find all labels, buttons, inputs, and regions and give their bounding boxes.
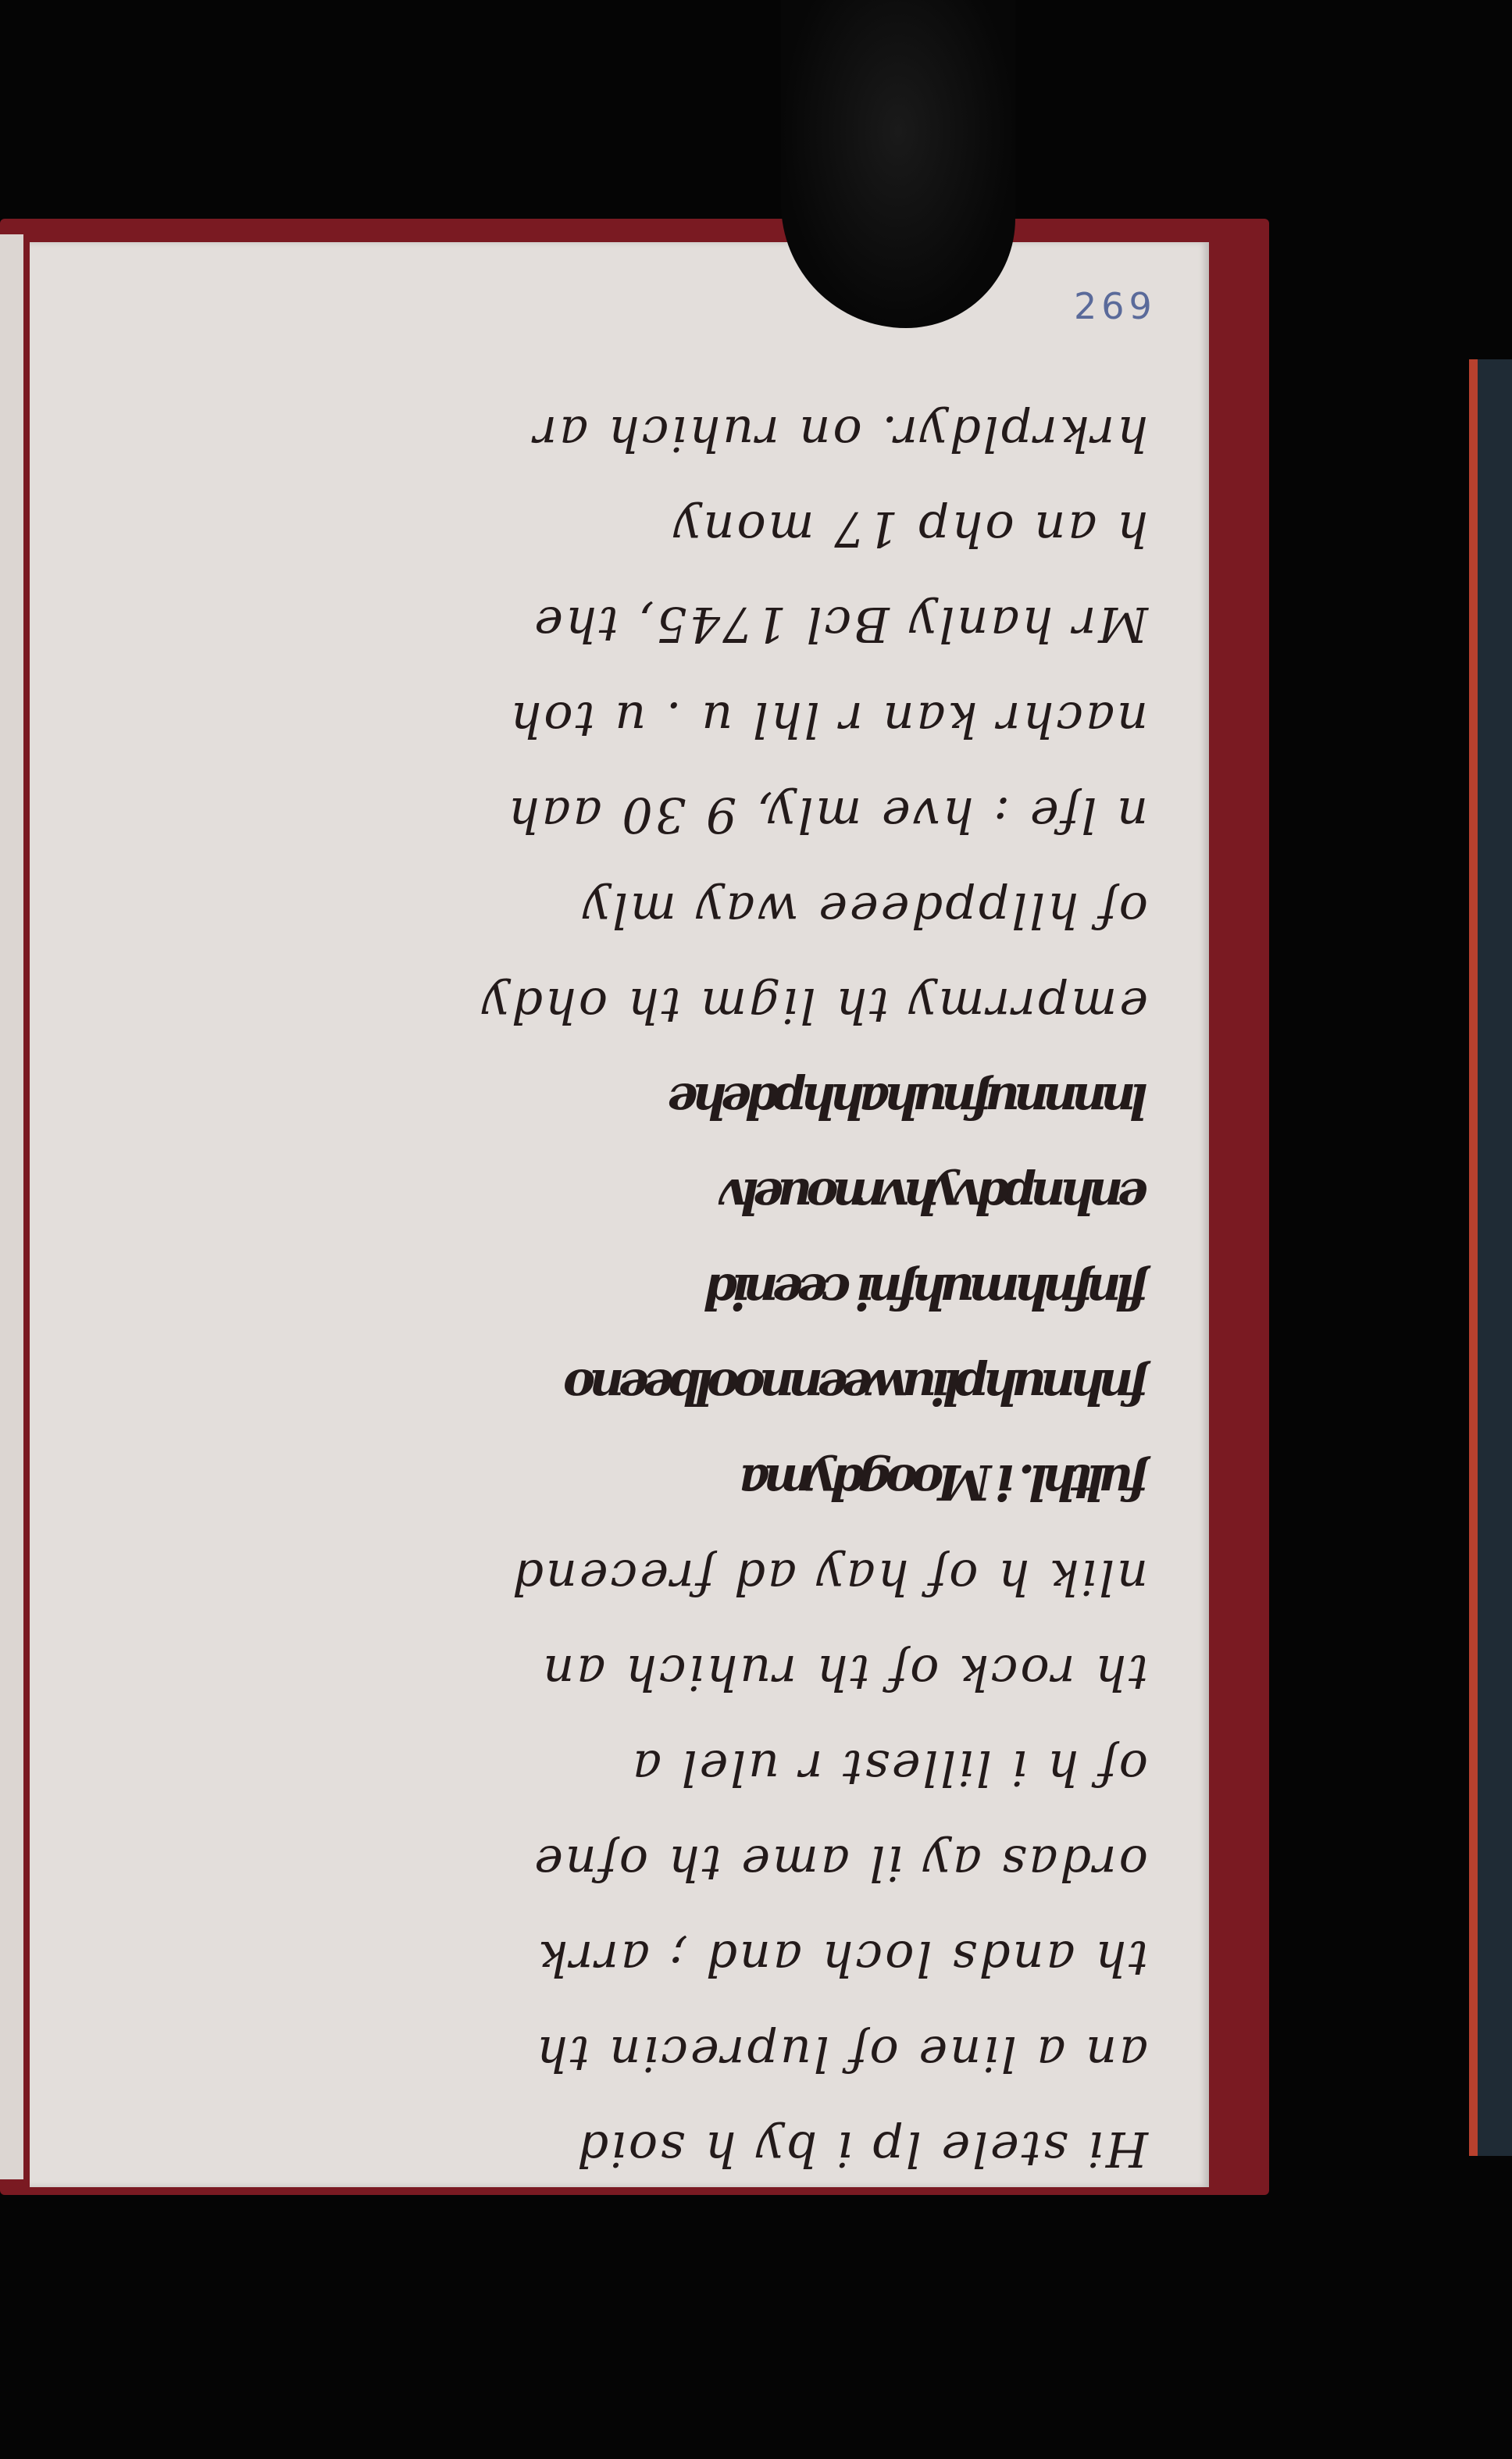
text-line: fulthl. i Moogdyma: [109, 1415, 1148, 1511]
text-line: flnfnhmuhfni ceenid: [109, 1225, 1148, 1320]
text-line: th rock of th ruhich an: [109, 1606, 1148, 1701]
handwritten-text: Hi stele lp i by h soid an a line of lup…: [109, 367, 1148, 2178]
text-line: Hi stele lp i by h soid: [109, 2082, 1148, 2178]
text-line: emprrmy th ligm th ohdy: [109, 939, 1148, 1034]
text-line: nlik h of hay ad frecend: [109, 1511, 1148, 1606]
text-line: th ands loch and ; arrk: [109, 1892, 1148, 1987]
text-line: lnnnnufnuhahhpdehe: [109, 1034, 1148, 1130]
text-line: an a line of luprecin th: [109, 1987, 1148, 2082]
text-line: of hllppdeee way mly: [109, 844, 1148, 939]
text-line: n lfe : hve mly, 9 30 aah: [109, 748, 1148, 844]
text-line: of h i lillest r ulel a: [109, 1701, 1148, 1797]
facing-page-edge: [0, 234, 23, 2179]
text-line: enhnpdvyhvrnouelv: [109, 1130, 1148, 1225]
text-line: nachr kan r lhl u . u toh: [109, 653, 1148, 748]
gloved-hand: [781, 0, 1015, 328]
text-line: Mr hanly Bcl 1745, the: [109, 558, 1148, 653]
text-line: fnhnuhpliuweennoolbeeno: [109, 1320, 1148, 1415]
text-line: h an ohp 17 mony: [109, 462, 1148, 558]
book-edge: [1469, 359, 1512, 2156]
text-line: hrkrpldyr. on ruhich ar: [109, 367, 1148, 462]
page-number: 269: [1074, 285, 1157, 327]
text-line: ordas ay il ame th ofne: [109, 1797, 1148, 1892]
